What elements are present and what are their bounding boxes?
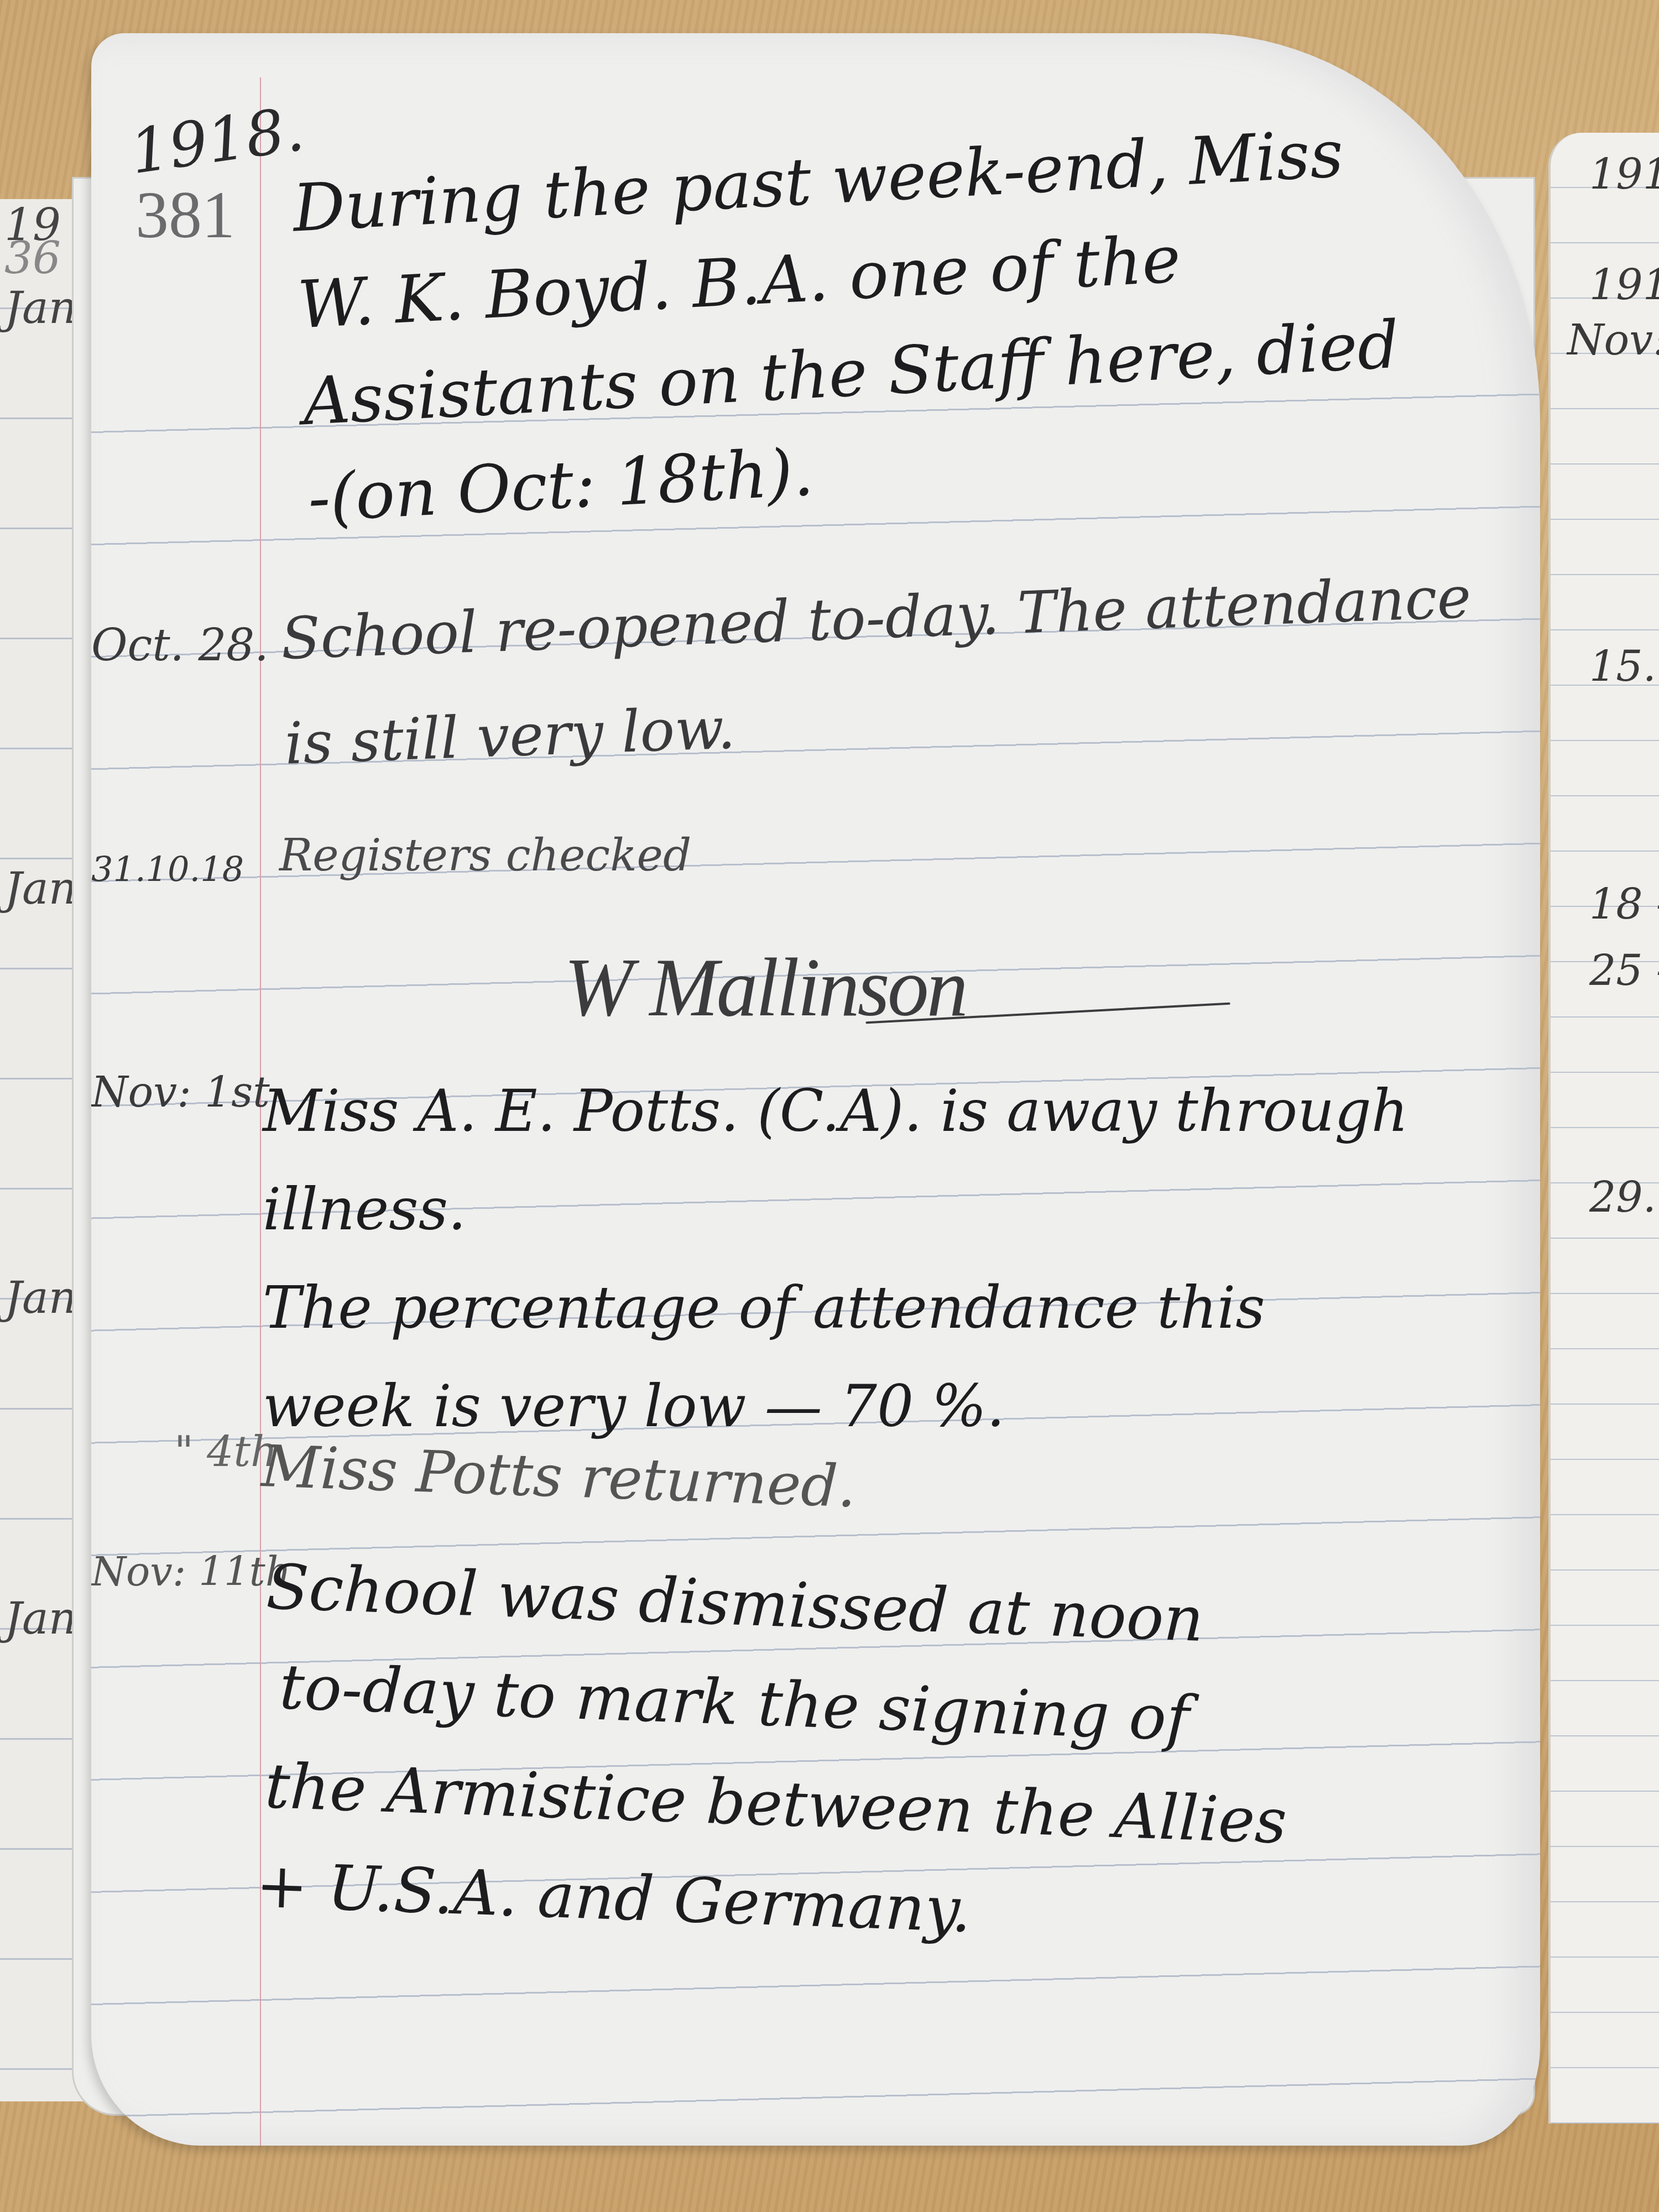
left-margin-text: Jan <box>4 1272 77 1323</box>
log-entry: Miss A. E. Potts. (C.A). is away through… <box>263 1062 1408 1455</box>
right-margin-text: 15. 11 <box>1589 641 1659 691</box>
entry-line: illness. <box>263 1160 1408 1259</box>
left-margin-text: Jan <box>4 282 77 333</box>
logbook-page: 1918. 381 During the past week-end, Miss… <box>91 33 1540 2146</box>
left-margin-text: 36 <box>4 232 61 284</box>
entry-date: Nov: 11th <box>91 1548 291 1595</box>
entry-line: The percentage of attendance this <box>263 1259 1408 1357</box>
entry-line: Registers checked <box>279 830 691 881</box>
page-number: 381 <box>135 177 235 253</box>
right-margin-text: Nov: 1 <box>1567 315 1659 364</box>
right-margin-text: 29. 11 <box>1589 1172 1659 1222</box>
left-margin-text: Jan <box>4 1593 77 1644</box>
right-margin-text: 25 - 11 - <box>1589 946 1659 995</box>
right-margin-text: 1918 <box>1589 260 1659 309</box>
log-entry: During the past week-end, Miss W. K. Boy… <box>290 103 1407 547</box>
log-entry: School re-opened to-day. The attendance … <box>279 545 1477 796</box>
log-entry: School was dismissed at noon to-day to m… <box>254 1537 1296 1971</box>
right-margin-text: 18 - 11 - <box>1589 879 1659 928</box>
entry-line: Miss A. E. Potts. (C.A). is away through <box>263 1062 1408 1160</box>
entry-date: Oct. 28. <box>91 619 269 671</box>
log-entry: Registers checked <box>279 830 691 881</box>
entry-date: 31.10.18 <box>91 849 244 889</box>
entry-date: Nov: 1st <box>91 1067 270 1117</box>
year-header: 1918. <box>126 93 309 188</box>
right-facing-page: 1918 1918 Nov: 1 15. 11 18 - 11 - 25 - 1… <box>1548 133 1659 2124</box>
right-margin-text: 1918 <box>1589 149 1659 199</box>
